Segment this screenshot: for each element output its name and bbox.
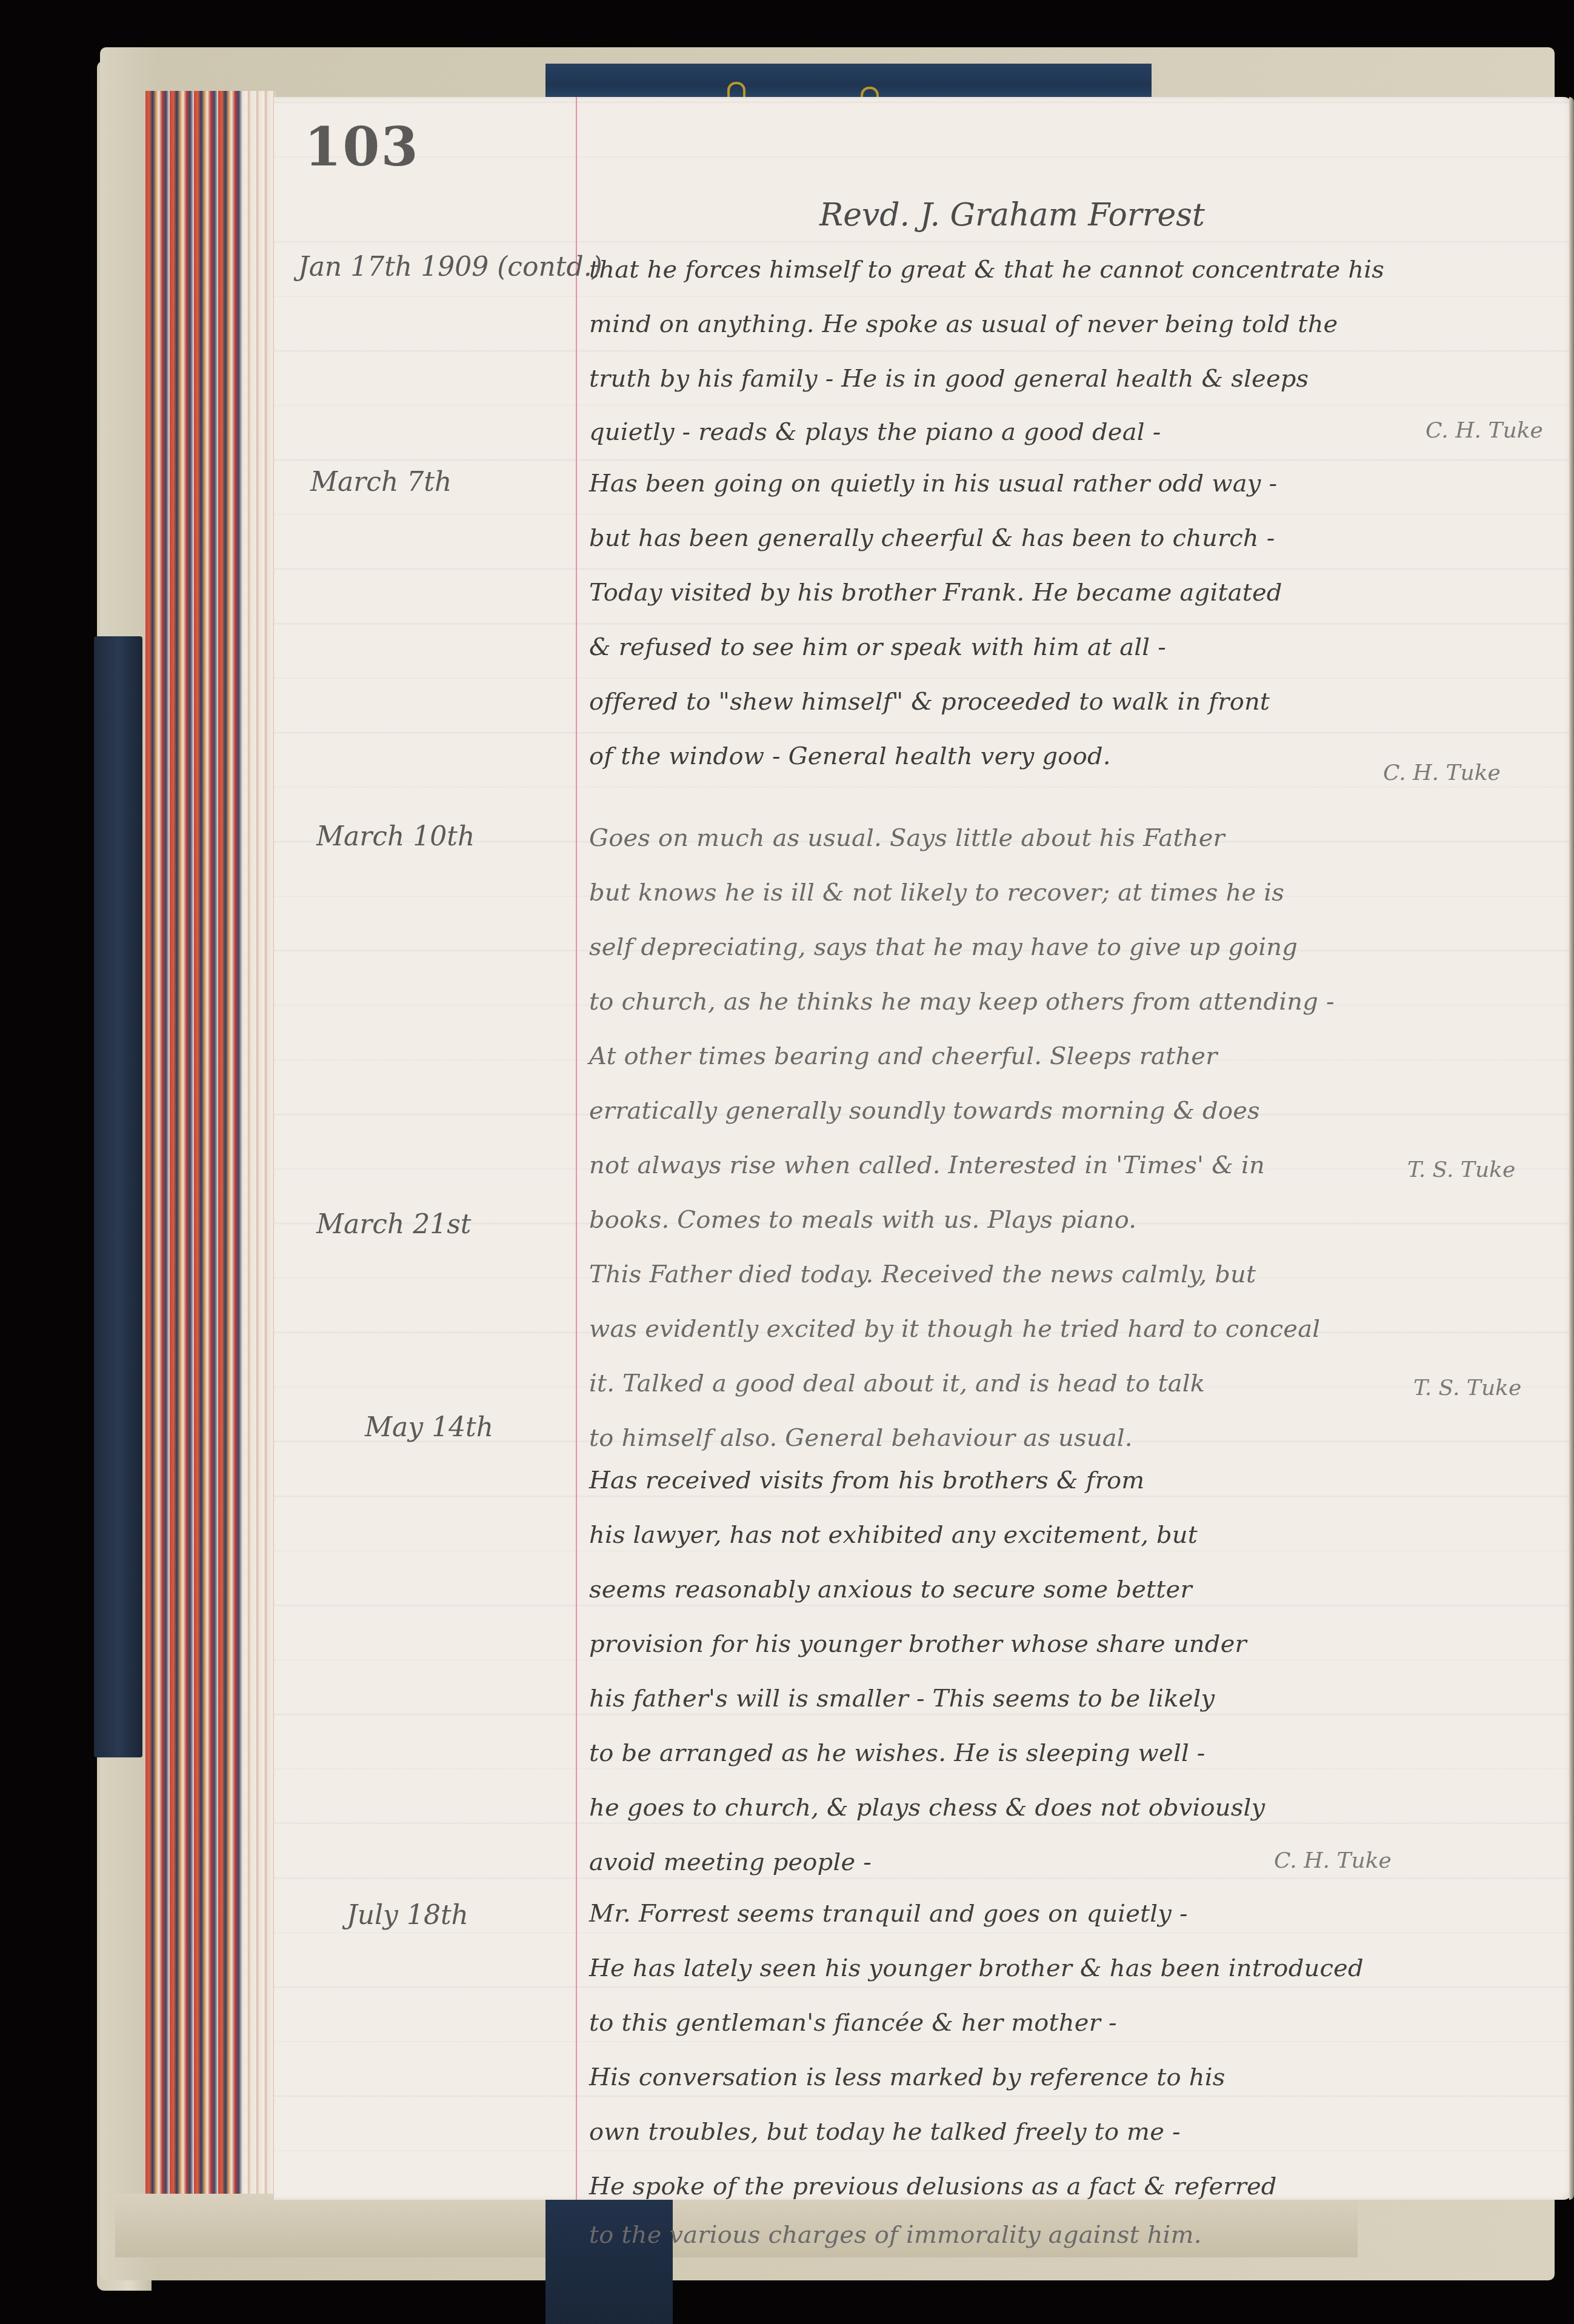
entry-date: March 7th	[310, 467, 452, 498]
entry-line: that he forces himself to great & that h…	[589, 256, 1384, 284]
entry-line: At other times bearing and cheerful. Sle…	[589, 1042, 1218, 1070]
entry-date: March 21st	[316, 1209, 472, 1240]
entry-line: of the window - General health very good…	[589, 742, 1111, 770]
entry-line: truth by his family - He is in good gene…	[589, 365, 1309, 393]
entry-line: books. Comes to meals with us. Plays pia…	[589, 1206, 1136, 1234]
entry-line: to be arranged as he wishes. He is sleep…	[589, 1739, 1206, 1767]
entry-line: to himself also. General behaviour as us…	[589, 1424, 1133, 1452]
page-number: 103	[304, 115, 419, 178]
entry-date: Jan 17th 1909 (contd.)	[298, 251, 602, 282]
ledger-page: 103 Revd. J. Graham Forrest Jan 17th 190…	[274, 97, 1574, 2200]
binding-cloth-top	[545, 64, 1152, 100]
entry-line: seems reasonably anxious to secure some …	[589, 1576, 1192, 1603]
entry-line: self depreciating, says that he may have…	[589, 933, 1298, 961]
entry-line: Has been going on quietly in his usual r…	[589, 470, 1277, 498]
entry-line: Goes on much as usual. Says little about…	[589, 824, 1225, 852]
signature: C. H. Tuke	[1383, 761, 1501, 785]
scanned-casebook-page: 103 Revd. J. Graham Forrest Jan 17th 190…	[0, 0, 1574, 2324]
entry-line: avoid meeting people -	[589, 1848, 872, 1876]
entry-line: Today visited by his brother Frank. He b…	[589, 579, 1282, 607]
entry-line: not always rise when called. Interested …	[589, 1151, 1265, 1179]
binding-cloth-bottom	[545, 2200, 673, 2324]
entry-line: He has lately seen his younger brother &…	[589, 1954, 1364, 1982]
entry-date: July 18th	[347, 1900, 469, 1931]
signature: T. S. Tuke	[1407, 1157, 1515, 1182]
marbled-page-edges	[145, 91, 276, 2194]
page-edge	[1569, 97, 1574, 2200]
entry-line: mind on anything. He spoke as usual of n…	[589, 310, 1338, 338]
entry-line: his lawyer, has not exhibited any excite…	[589, 1521, 1198, 1549]
entry-line: to the various charges of immorality aga…	[589, 2221, 1202, 2249]
entry-line: Has received visits from his brothers & …	[589, 1467, 1144, 1494]
signature: C. H. Tuke	[1426, 418, 1543, 443]
entry-date: March 10th	[316, 821, 475, 852]
entry-line: His conversation is less marked by refer…	[589, 2063, 1225, 2091]
signature: C. H. Tuke	[1274, 1848, 1392, 1873]
entry-line: to this gentleman's fiancée & her mother…	[589, 2009, 1117, 2037]
entry-line: own troubles, but today he talked freely…	[589, 2118, 1181, 2146]
binding-ring-icon	[727, 82, 745, 98]
entry-line: Mr. Forrest seems tranquil and goes on q…	[589, 1900, 1188, 1928]
entry-line: He spoke of the previous delusions as a …	[589, 2173, 1277, 2200]
entry-line: erratically generally soundly towards mo…	[589, 1097, 1260, 1125]
entry-line: but has been generally cheerful & has be…	[589, 524, 1275, 552]
entry-line: & refused to see him or speak with him a…	[589, 633, 1166, 661]
entry-line: offered to "shew himself" & proceeded to…	[589, 688, 1270, 716]
spine-cloth	[94, 636, 142, 1757]
signature: T. S. Tuke	[1413, 1376, 1521, 1400]
entry-line: provision for his younger brother whose …	[589, 1630, 1247, 1658]
entry-line: but knows he is ill & not likely to reco…	[589, 879, 1284, 907]
entry-line: he goes to church, & plays chess & does …	[589, 1794, 1265, 1822]
patient-name-heading: Revd. J. Graham Forrest	[819, 197, 1205, 233]
entry-line: it. Talked a good deal about it, and is …	[589, 1370, 1205, 1397]
entry-date: May 14th	[365, 1412, 493, 1443]
entry-line: This Father died today. Received the new…	[589, 1260, 1256, 1288]
entry-line: quietly - reads & plays the piano a good…	[589, 418, 1161, 446]
margin-rule	[576, 97, 577, 2200]
entry-line: to church, as he thinks he may keep othe…	[589, 988, 1335, 1016]
entry-line: his father's will is smaller - This seem…	[589, 1685, 1215, 1713]
entry-line: was evidently excited by it though he tr…	[589, 1315, 1320, 1343]
